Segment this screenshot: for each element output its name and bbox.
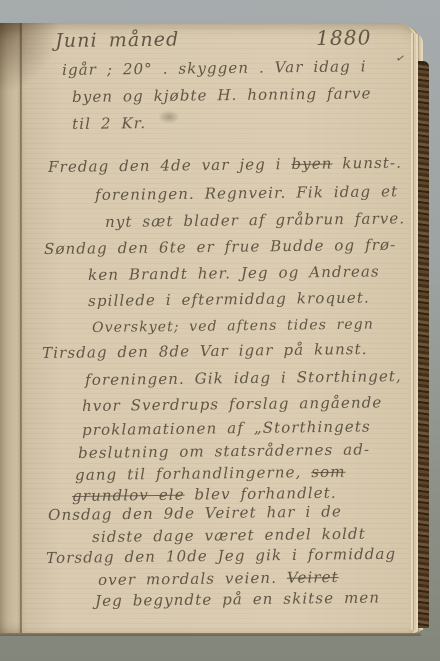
diary-photo-scene: ✓ Juni måned1880igår ; 20° . skyggen . V… <box>0 0 440 661</box>
ink-smudge <box>158 110 180 124</box>
marbled-fore-edge <box>418 61 429 628</box>
binding-gutter <box>0 23 22 634</box>
book-bottom-edge <box>0 633 421 636</box>
notebook-page <box>22 23 414 634</box>
notebook <box>0 23 429 634</box>
